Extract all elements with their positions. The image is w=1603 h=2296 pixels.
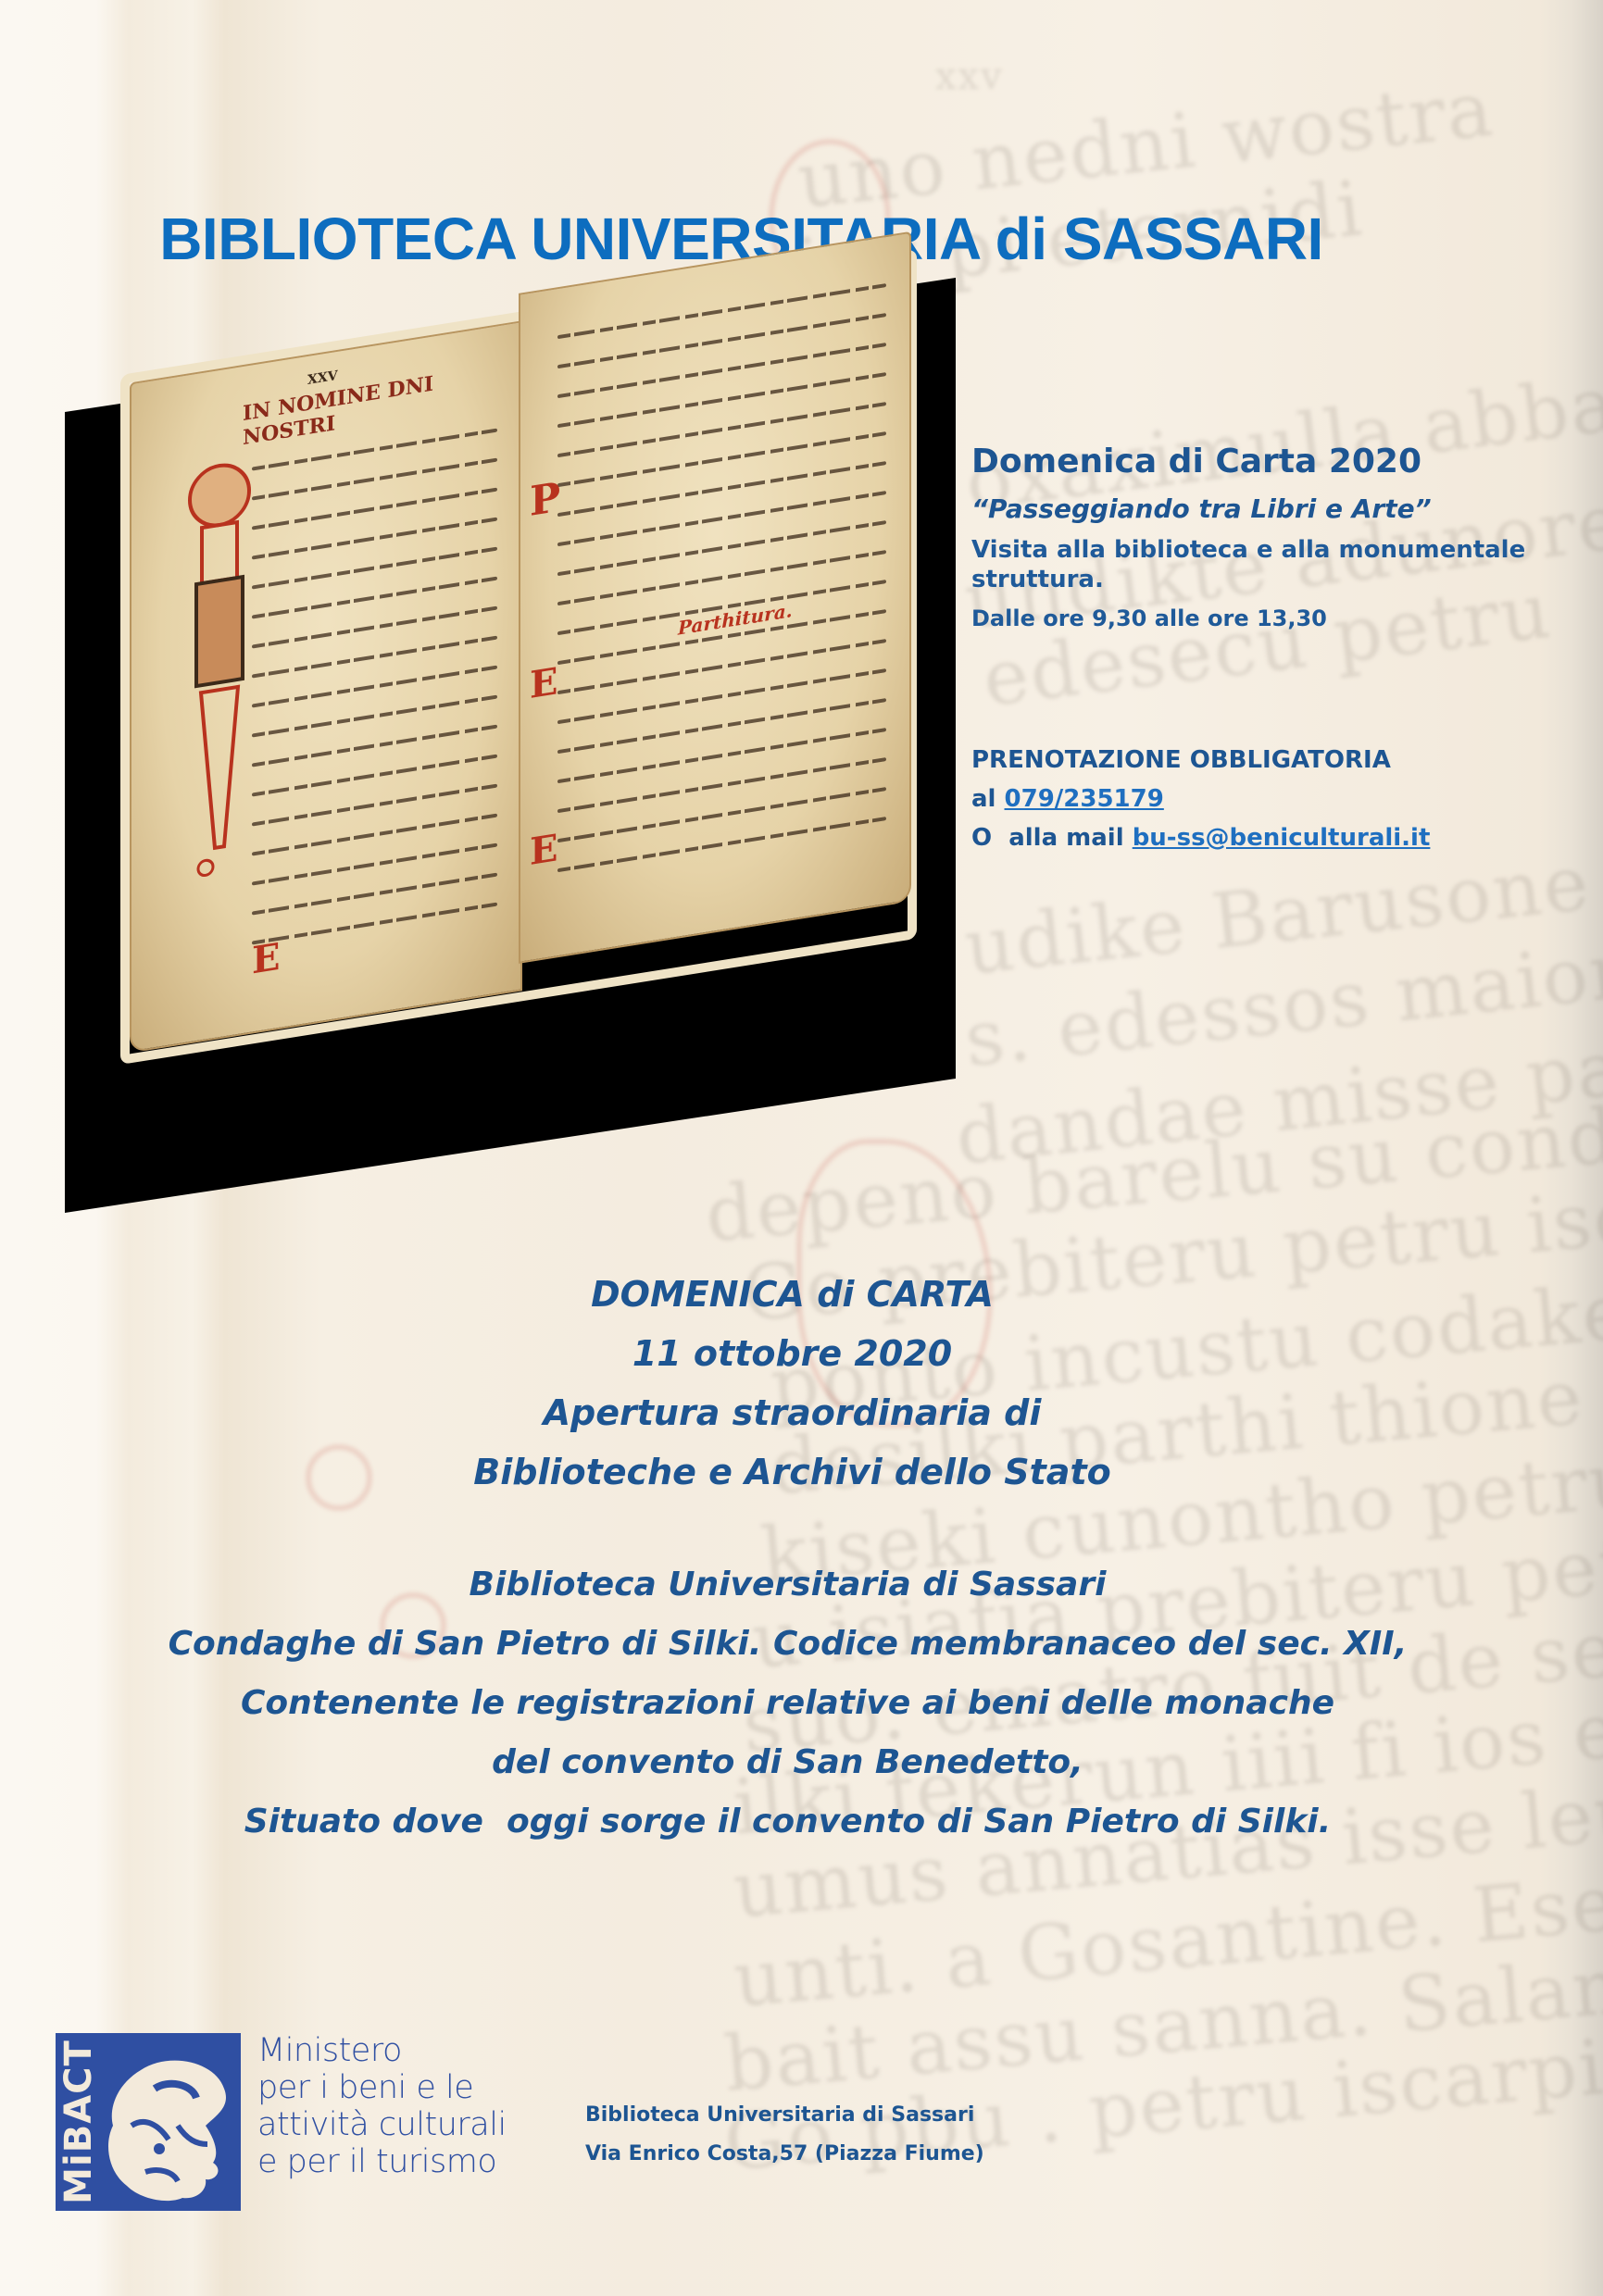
description-line: del convento di San Benedetto, bbox=[0, 1733, 1589, 1792]
event-announcement: DOMENICA di CARTA 11 ottobre 2020 Apertu… bbox=[0, 1265, 1603, 1502]
illuminated-initial-icon bbox=[187, 454, 252, 890]
phone-link[interactable]: 079/235179 bbox=[1005, 785, 1164, 813]
rubric-initial: P bbox=[530, 474, 560, 526]
library-address: Biblioteca Universitaria di Sassari Via … bbox=[585, 2096, 984, 2174]
ministry-name: Ministero per i beni e le attività cultu… bbox=[257, 2032, 507, 2180]
address-line: Via Enrico Costa,57 (Piazza Fiume) bbox=[585, 2135, 984, 2174]
opening-hours: Dalle ore 9,30 alle ore 13,30 bbox=[971, 604, 1525, 633]
event-subtitle: “Passeggiando tra Libri e Arte” bbox=[971, 493, 1525, 524]
rubric-initial: E bbox=[252, 935, 281, 983]
manuscript-photo: XXV IN NOMINE DNI NOSTRI E P E Parthitu bbox=[120, 219, 926, 1162]
event-heading: Domenica di Carta 2020 bbox=[971, 443, 1525, 480]
manuscript-text-lines bbox=[557, 283, 886, 898]
email-link[interactable]: bu-ss@beniculturali.it bbox=[1133, 824, 1431, 852]
visit-description: Visita alla biblioteca e alla monumental… bbox=[971, 535, 1525, 594]
mibact-logo: MiBACT bbox=[56, 2033, 241, 2211]
event-info: Domenica di Carta 2020 “Passeggiando tra… bbox=[971, 443, 1525, 633]
manuscript-left-page: XXV IN NOMINE DNI NOSTRI E bbox=[130, 320, 522, 1053]
codex-description: Biblioteca Universitaria di Sassari Cond… bbox=[0, 1555, 1603, 1852]
booking-phone: al 079/235179 bbox=[971, 785, 1430, 813]
manuscript-right-page: P E Parthitura. E bbox=[519, 231, 911, 964]
event-line: 11 ottobre 2020 bbox=[0, 1324, 1594, 1383]
background-manuscript-text: xxv bbox=[935, 56, 1004, 98]
booking-info: PRENOTAZIONE OBBLIGATORIA al 079/235179 … bbox=[971, 746, 1430, 863]
booking-heading: PRENOTAZIONE OBBLIGATORIA bbox=[971, 746, 1430, 774]
description-line: Condaghe di San Pietro di Silki. Codice … bbox=[0, 1615, 1589, 1674]
booking-email: O alla mail bu-ss@beniculturali.it bbox=[971, 824, 1430, 852]
address-line: Biblioteca Universitaria di Sassari bbox=[585, 2096, 984, 2135]
description-line: Contenente le registrazioni relative ai … bbox=[0, 1674, 1589, 1733]
rubric-initial: E bbox=[530, 826, 558, 874]
manuscript-text-lines bbox=[252, 429, 497, 971]
event-line: DOMENICA di CARTA bbox=[0, 1265, 1594, 1324]
logo-acronym: MiBACT bbox=[57, 2033, 100, 2211]
description-line: Situato dove oggi sorge il convento di S… bbox=[0, 1792, 1589, 1852]
rubric-initial: E bbox=[530, 659, 558, 707]
sculpture-head-icon bbox=[104, 2052, 233, 2209]
event-line: Apertura straordinaria di bbox=[0, 1383, 1594, 1442]
event-line: Biblioteche e Archivi dello Stato bbox=[0, 1442, 1594, 1502]
folio-number: XXV bbox=[307, 368, 338, 388]
description-line: Biblioteca Universitaria di Sassari bbox=[0, 1555, 1589, 1615]
